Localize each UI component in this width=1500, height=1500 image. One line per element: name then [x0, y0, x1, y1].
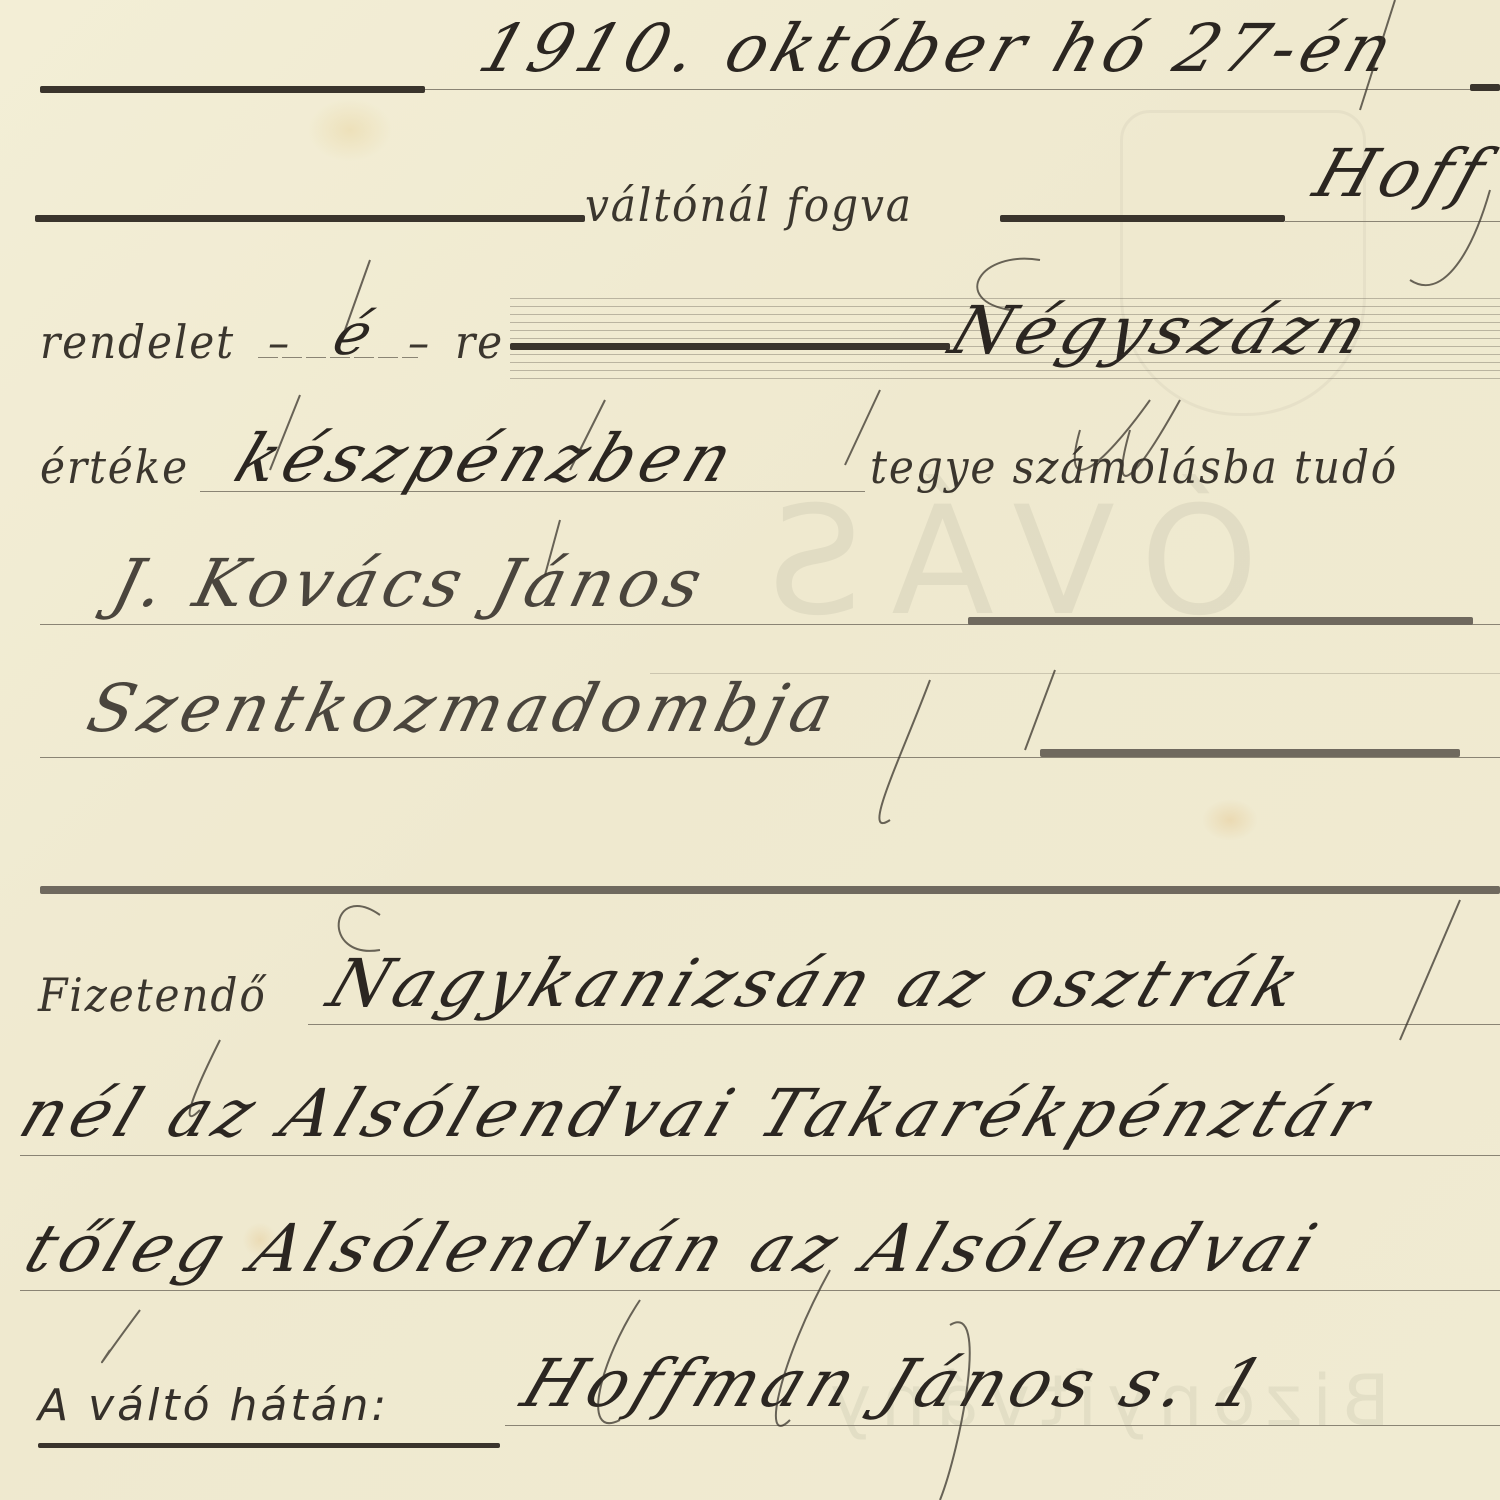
label-erteke: értéke	[40, 440, 189, 494]
baseline-rule	[425, 89, 1500, 90]
handwritten-drawee-name: Hoff	[1305, 135, 1500, 212]
baseline-rule	[20, 1290, 1500, 1291]
label-rendelet: rendelet	[40, 315, 235, 369]
handwritten-place: Szentkozmadombja	[80, 670, 846, 747]
baseline-rule	[20, 1155, 1500, 1156]
handwritten-payable-place: Nagykanizsán az osztrák	[318, 945, 1316, 1022]
blank-rule	[1470, 84, 1500, 91]
blank-rule	[40, 86, 425, 93]
separator-rule	[285, 886, 1500, 894]
label-dash: –	[268, 315, 291, 369]
baseline-rule	[505, 1425, 1500, 1426]
label-fizetendo: Fizetendő	[38, 968, 267, 1022]
baseline-rule	[40, 757, 1500, 758]
handwritten-payable-cont: tőleg Alsólendván az Alsólendvai	[15, 1210, 1332, 1287]
baseline-rule	[1285, 221, 1500, 222]
handwritten-endorsement: Hoffman János s. 1	[512, 1345, 1280, 1422]
baseline-rule	[308, 1024, 1500, 1025]
label-dash: –	[408, 315, 431, 369]
handwritten-payable-bank: nél az Alsólendvai Takarékpénztár	[10, 1075, 1385, 1152]
document-sheet: ÓVÁS Bizonyítvány 1910. október hó 27-én…	[0, 0, 1500, 1500]
blank-rule	[510, 343, 950, 350]
label-a-valto-hatan: A váltó hátán:	[38, 1380, 389, 1431]
blank-rule	[1040, 749, 1460, 757]
separator-rule	[232, 886, 274, 894]
label-tegye-szamolasba: tegye számolásba tudó	[870, 440, 1398, 494]
blank-rule	[38, 1443, 500, 1448]
handwritten-value-type: készpénzben	[225, 420, 749, 497]
handwritten-amount-words: Négyszázn	[940, 292, 1384, 369]
handwritten-name: J. Kovács János	[105, 545, 715, 622]
blank-rule	[968, 617, 1473, 625]
label-valtonal-fogva: váltónál fogva	[585, 178, 913, 232]
baseline-rule	[258, 357, 418, 358]
handwritten-date: 1910. október hó 27-én	[470, 10, 1408, 87]
blank-rule	[35, 215, 585, 222]
label-re: re	[455, 315, 504, 369]
blank-rule	[1000, 215, 1285, 222]
